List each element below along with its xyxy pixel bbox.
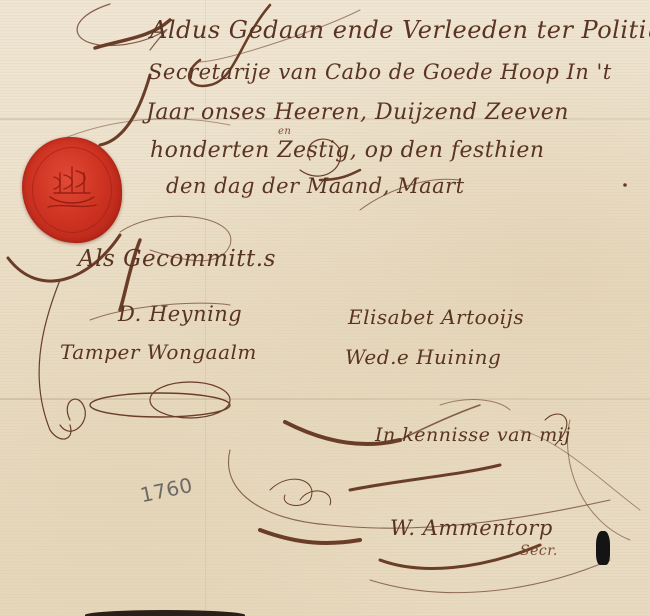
body-line-2: Secretarije van Cabo de Goede Hoop In 't — [148, 60, 612, 84]
secretary-signature: W. Ammentorp — [390, 516, 553, 540]
party-name-1: Elisabet Artooijs — [348, 305, 524, 329]
signature-suffix: Secr. — [520, 543, 558, 559]
body-line-1: Aldus Gedaan ende Verleeden ter Politiqu… — [150, 16, 650, 44]
body-line-3: Jaar onses Heeren, Duijzend Zeeven — [146, 100, 569, 125]
attestation-line: In kennisse van mij — [375, 424, 571, 446]
paper-hole — [596, 531, 610, 565]
body-line-5: den dag der Maand, Maart — [166, 174, 465, 198]
body-line-4: honderten Zestig, op den festhien — [150, 138, 545, 163]
bottom-edge-shadow — [85, 610, 245, 616]
party-name-2: Wed.e Huining — [345, 345, 501, 369]
body-insertion: en — [278, 126, 291, 137]
pencil-year-annotation: 1760 — [138, 473, 195, 507]
ship-emblem-icon — [44, 163, 100, 211]
witness-name-2: Tamper Wongaalm — [60, 340, 257, 364]
witness-heading: Als Gecommitt.s — [78, 246, 276, 272]
witness-name-1: D. Heyning — [118, 302, 242, 326]
wax-seal-icon — [22, 137, 122, 243]
manuscript-page: Aldus Gedaan ende Verleeden ter Politiqu… — [0, 0, 650, 616]
paper-fold-line — [0, 398, 650, 400]
